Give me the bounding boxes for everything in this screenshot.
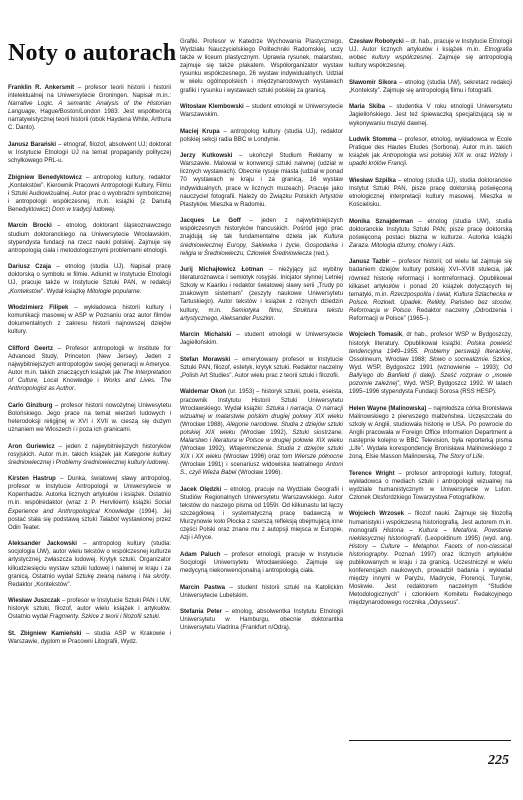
author-name: Clifford Geertz <box>8 346 53 352</box>
page-number: 225 <box>488 753 509 769</box>
author-note: Adam Paluch – profesor etnologii, pracuj… <box>180 551 343 575</box>
author-name: Kirsten Hastrup <box>8 476 56 482</box>
author-name: Janusz Barański <box>8 142 56 148</box>
author-note: Maria Skiba – studentka V roku etnologii… <box>349 103 512 127</box>
work-title: Mitologie popularne <box>87 289 140 295</box>
author-bio-text: Grafiki. Profesor w Katedrze Wychowania … <box>180 39 343 94</box>
author-note: Franklin R. Ankersmit – profesor teorii … <box>8 84 171 133</box>
author-note: Marcin Brocki – etnolog, doktorant śląsk… <box>8 222 171 254</box>
author-note: Wojciech Wrzosek – filozof nauki. Zajmuj… <box>349 510 512 607</box>
author-note: Janusz Barański – etnograf, filozof, abs… <box>8 141 171 165</box>
author-bio-text: . (Leopoldinum 1995) (wyd. ang. <box>420 536 512 542</box>
author-bio-text: . <box>114 207 116 213</box>
work-title: The Story of Life <box>438 454 482 460</box>
author-bio-text: (Wrocław 1991) i scenariusz widowiska te… <box>180 462 326 468</box>
author-bio-text: – etnolog, pracuje na Wydziale Geografii… <box>180 487 343 542</box>
work-title: Talabot <box>99 517 119 523</box>
author-note: Sławomir Sikora – etnolog (studia UW), s… <box>349 79 512 95</box>
work-title: Fragmenty. Szkice z teorii i filozofii s… <box>49 614 158 620</box>
author-bio-text: (Wrocław 1996) oraz tom <box>221 454 294 460</box>
author-name: Jurij Michajłowicz Łotman <box>180 267 263 273</box>
author-note: Waldemar Okoń (ur. 1953) – historyk sztu… <box>180 388 343 477</box>
author-name: Zbigniew Benedyktowicz <box>8 175 82 181</box>
author-bio-text: oraz <box>472 153 489 159</box>
author-name: Adam Paluch <box>180 552 220 558</box>
column-2: Grafiki. Profesor w Katedrze Wychowania … <box>180 38 343 641</box>
work-title: Zaraza. Mitologia dżumy, cholery i Aids <box>349 243 454 249</box>
work-title: Kontekstów <box>10 289 41 295</box>
author-note: Zbigniew Benedyktowicz – antropolog kult… <box>8 174 171 214</box>
author-note: Carlo Ginzburg – profesor historii nowoż… <box>8 402 171 434</box>
author-bio-text: i <box>136 574 143 580</box>
author-name: Helen Wayne (Malinowska) <box>349 406 426 412</box>
author-bio-text: . <box>168 460 170 466</box>
author-bio-text: (Wrocław 1988), <box>180 422 226 428</box>
author-bio-text: ”. Wydał książkę <box>41 289 87 295</box>
author-name: Maria Skiba <box>349 104 385 110</box>
author-name: Franklin R. Ankersmit <box>8 85 74 91</box>
author-name: Monika Sznajderman <box>349 219 413 225</box>
author-note: Stefan Morawski – emerytowany profesor w… <box>180 356 343 380</box>
author-name: Włodzimierz Filipek <box>8 305 68 311</box>
author-note: Ludwik Stomma – profesor, etnolog, wykła… <box>349 136 512 168</box>
author-name: Czesław Robotycki <box>349 39 404 45</box>
author-name: Stefan Morawski <box>180 357 230 363</box>
author-note: Witosław Klembowski – student etnologii … <box>180 103 343 119</box>
author-name: Stefania Peter <box>180 609 222 615</box>
author-bio-text: . <box>140 289 142 295</box>
author-name: Carlo Ginzburg <box>8 403 52 409</box>
author-note: Terence Wright – profesor antropologii k… <box>349 470 512 502</box>
author-note: Kirsten Hastrup – Dunka, światowej sławy… <box>8 475 171 532</box>
author-note: Stefania Peter – etnolog, absolwentka In… <box>180 608 343 632</box>
author-note: Clifford Geertz – Profesor antropologii … <box>8 345 171 394</box>
author-note: Maciej Krupa – antropolog kultury (studi… <box>180 128 343 144</box>
author-note: Włodzimierz Filipek – wykładowca histori… <box>8 304 171 336</box>
author-name: Wiesław Juszczak <box>8 598 60 604</box>
author-note: Dariusz Czaja – etnolog (studia UJ). Nap… <box>8 263 171 295</box>
author-bio-text: (Wrocław 1992), <box>235 430 292 436</box>
author-name: Marcin Michalski <box>180 332 231 338</box>
author-bio-text: . <box>454 243 456 249</box>
work-title: Dom w tradycji ludowej <box>52 207 114 213</box>
author-name: Dariusz Czaja <box>8 264 51 270</box>
work-title: Sztukę zwaną naiwną <box>76 574 137 580</box>
author-note: St. Zbigniew Kamieński – studia ASP w Kr… <box>8 630 171 646</box>
column-3: Czesław Robotycki – dr. hab., pracuje w … <box>349 38 512 616</box>
author-bio-text: – najmłodsza córka Bronisława Malinowski… <box>349 406 512 461</box>
work-title: Antropologia wsi polskiej XIX w. <box>383 153 473 159</box>
work-title: Słowo o socrealizmie. Szkice <box>429 357 510 363</box>
author-name: Wojciech Tomasik <box>349 332 402 338</box>
author-bio-text: . <box>74 386 76 392</box>
author-name: Witosław Klembowski <box>180 104 244 110</box>
author-note: Marcin Michalski – student etnologii w U… <box>180 331 343 347</box>
work-title: Problemy średniowiecznej kultury ludowej <box>56 460 168 466</box>
author-bio-text: . <box>482 454 484 460</box>
author-note: Jacek Olędzki – etnolog, pracuje na Wydz… <box>180 486 343 543</box>
author-bio-text: . <box>406 161 408 167</box>
author-name: Jerzy Kutkowski <box>180 153 232 159</box>
author-name: Ludwik Stomma <box>349 137 396 143</box>
author-bio-text: (red.). <box>312 251 330 257</box>
author-bio-text: (Wrocław 1992), <box>180 446 229 452</box>
author-bio-text: . <box>159 614 161 620</box>
author-name: Waldemar Okoń <box>180 389 226 395</box>
work-title: Na skróty <box>143 574 170 580</box>
author-note: Monika Sznajderman – etnolog (studia UW)… <box>349 218 512 250</box>
author-note: Aron Guriewicz – jeden z najwybitniejszy… <box>8 443 171 467</box>
author-name: Jacek Olędzki <box>180 487 221 493</box>
author-name: St. Zbigniew Kamieński <box>8 631 81 637</box>
author-note: Jurij Michajłowicz Łotman – nieżyjący ju… <box>180 266 343 323</box>
author-note: Czesław Robotycki – dr. hab., pracuje w … <box>349 38 512 70</box>
author-note: Jerzy Kutkowski – ukończył Studium Rekla… <box>180 152 343 209</box>
author-name: Marcin Pastwa <box>180 585 225 591</box>
author-name: Maciej Krupa <box>180 129 220 135</box>
author-name: Marcin Brocki <box>8 223 52 229</box>
author-bio-text: i <box>93 378 104 384</box>
author-note: Wojciech Tomasik, dr hab., profesor WSP … <box>349 331 512 396</box>
author-name: Wiesław Szpilka <box>349 178 396 184</box>
author-note: Wiesław Szpilka – etnolog (studia UJ), s… <box>349 177 512 209</box>
author-name: Jacques Le Goff <box>180 218 241 224</box>
page-title: Noty o autorach <box>8 40 176 67</box>
author-note: Jacques Le Goff – jeden z najwybitniejsz… <box>180 217 343 257</box>
author-name: Wojciech Wrzosek <box>349 511 404 517</box>
author-bio-text: (Wrocław 1996). <box>236 470 282 476</box>
author-note: Grafiki. Profesor w Katedrze Wychowania … <box>180 38 343 95</box>
work-title: Wiersze północne <box>294 454 343 460</box>
author-bio-text: – ukończył Studium Reklamy w Warszawie. … <box>180 153 343 208</box>
end-rule-divider <box>349 740 511 741</box>
author-note: Marcin Pastwa – student historii sztuki … <box>180 584 343 600</box>
author-note: Helen Wayne (Malinowska) – najmłodsza có… <box>349 405 512 462</box>
author-name: Janusz Tazbir <box>349 259 390 265</box>
author-note: Janusz Tazbir – profesor historii; od wi… <box>349 258 512 323</box>
column-1: Franklin R. Ankersmit – profesor teorii … <box>8 84 171 654</box>
author-name: Aron Guriewicz <box>8 444 55 450</box>
author-name: Aleksander Jackowski <box>8 541 77 547</box>
author-name: Terence Wright <box>349 471 395 477</box>
author-note: Wiesław Juszczak – profesor w Instytucie… <box>8 597 171 621</box>
author-bio-text: . Poznań 1997) oraz licznych artykułów p… <box>349 552 512 607</box>
author-bio-text: . <box>274 316 276 322</box>
author-name: Sławomir Sikora <box>349 80 397 86</box>
author-note: Aleksander Jackowski – antropolog kultur… <box>8 540 171 589</box>
